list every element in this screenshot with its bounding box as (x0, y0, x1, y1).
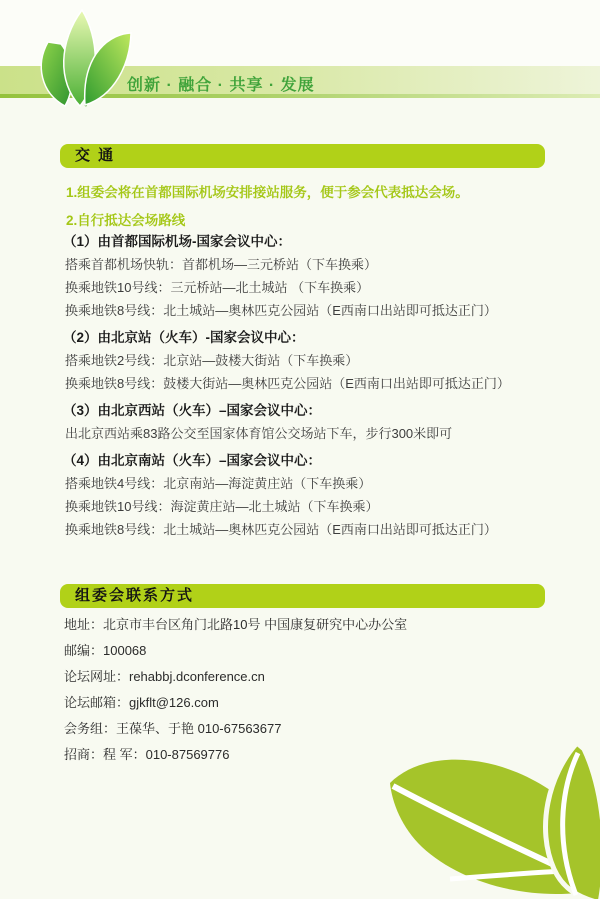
route-step: 换乘地铁10号线：三元桥站—北土城站 （下车换乘） (65, 280, 563, 296)
route-step: 换乘地铁8号线：北土城站—奥林匹克公园站（E西南口出站即可抵达正门） (65, 303, 563, 319)
route-heading: （1）由首都国际机场-国家会议中心： (63, 234, 563, 250)
route-step: 搭乘地铁4号线：北京南站—海淀黄庄站（下车换乘） (65, 476, 563, 492)
flyer-page: 创新 · 融合 · 共享 · 发展 交 通 1.组委会将在首都国际机场安排接站服… (0, 0, 600, 899)
route-step: 搭乘首都机场快轨：首都机场—三元桥站（下车换乘） (65, 257, 563, 273)
route-step: 出北京西站乘83路公交至国家体育馆公交场站下车，步行300米即可 (65, 426, 563, 442)
route-section-beijing-west-station: （3）由北京西站（火车）–国家会议中心： 出北京西站乘83路公交至国家体育馆公交… (63, 403, 563, 442)
contact-website: 论坛网址：rehabbj.dconference.cn (64, 669, 564, 685)
route-section-airport: （1）由首都国际机场-国家会议中心： 搭乘首都机场快轨：首都机场—三元桥站（下车… (63, 234, 563, 319)
route-step: 换乘地铁8号线：鼓楼大街站—奥林匹克公园站（E西南口出站即可抵达正门） (65, 376, 563, 392)
route-list: （1）由首都国际机场-国家会议中心： 搭乘首都机场快轨：首都机场—三元桥站（下车… (63, 234, 563, 549)
route-heading: （3）由北京西站（火车）–国家会议中心： (63, 403, 563, 419)
transport-section-header: 交 通 (60, 144, 545, 168)
route-section-beijing-south-station: （4）由北京南站（火车）–国家会议中心： 搭乘地铁4号线：北京南站—海淀黄庄站（… (63, 453, 563, 538)
contact-email: 论坛邮箱：gjkflt@126.com (64, 695, 564, 711)
transport-note-self-arrival: 2.自行抵达会场路线 (66, 209, 185, 229)
contact-postcode: 邮编：100068 (64, 643, 564, 659)
route-heading: （4）由北京南站（火车）–国家会议中心： (63, 453, 563, 469)
contact-section-header: 组委会联系方式 (60, 584, 545, 608)
route-step: 换乘地铁8号线：北土城站—奥林匹克公园站（E西南口出站即可抵达正门） (65, 522, 563, 538)
route-step: 搭乘地铁2号线：北京站—鼓楼大街站（下车换乘） (65, 353, 563, 369)
header-slogan: 创新 · 融合 · 共享 · 发展 (127, 72, 315, 95)
leaf-pair-icon (370, 729, 600, 899)
route-step: 换乘地铁10号线：海淀黄庄站—北土城站（下车换乘） (65, 499, 563, 515)
transport-note-shuttle: 1.组委会将在首都国际机场安排接站服务，便于参会代表抵达会场。 (66, 181, 469, 201)
leaf-cluster-icon (30, 8, 140, 108)
route-heading: （2）由北京站（火车）-国家会议中心： (63, 330, 563, 346)
contact-address: 地址：北京市丰台区角门北路10号 中国康复研究中心办公室 (64, 617, 564, 633)
route-section-beijing-station: （2）由北京站（火车）-国家会议中心： 搭乘地铁2号线：北京站—鼓楼大街站（下车… (63, 330, 563, 392)
